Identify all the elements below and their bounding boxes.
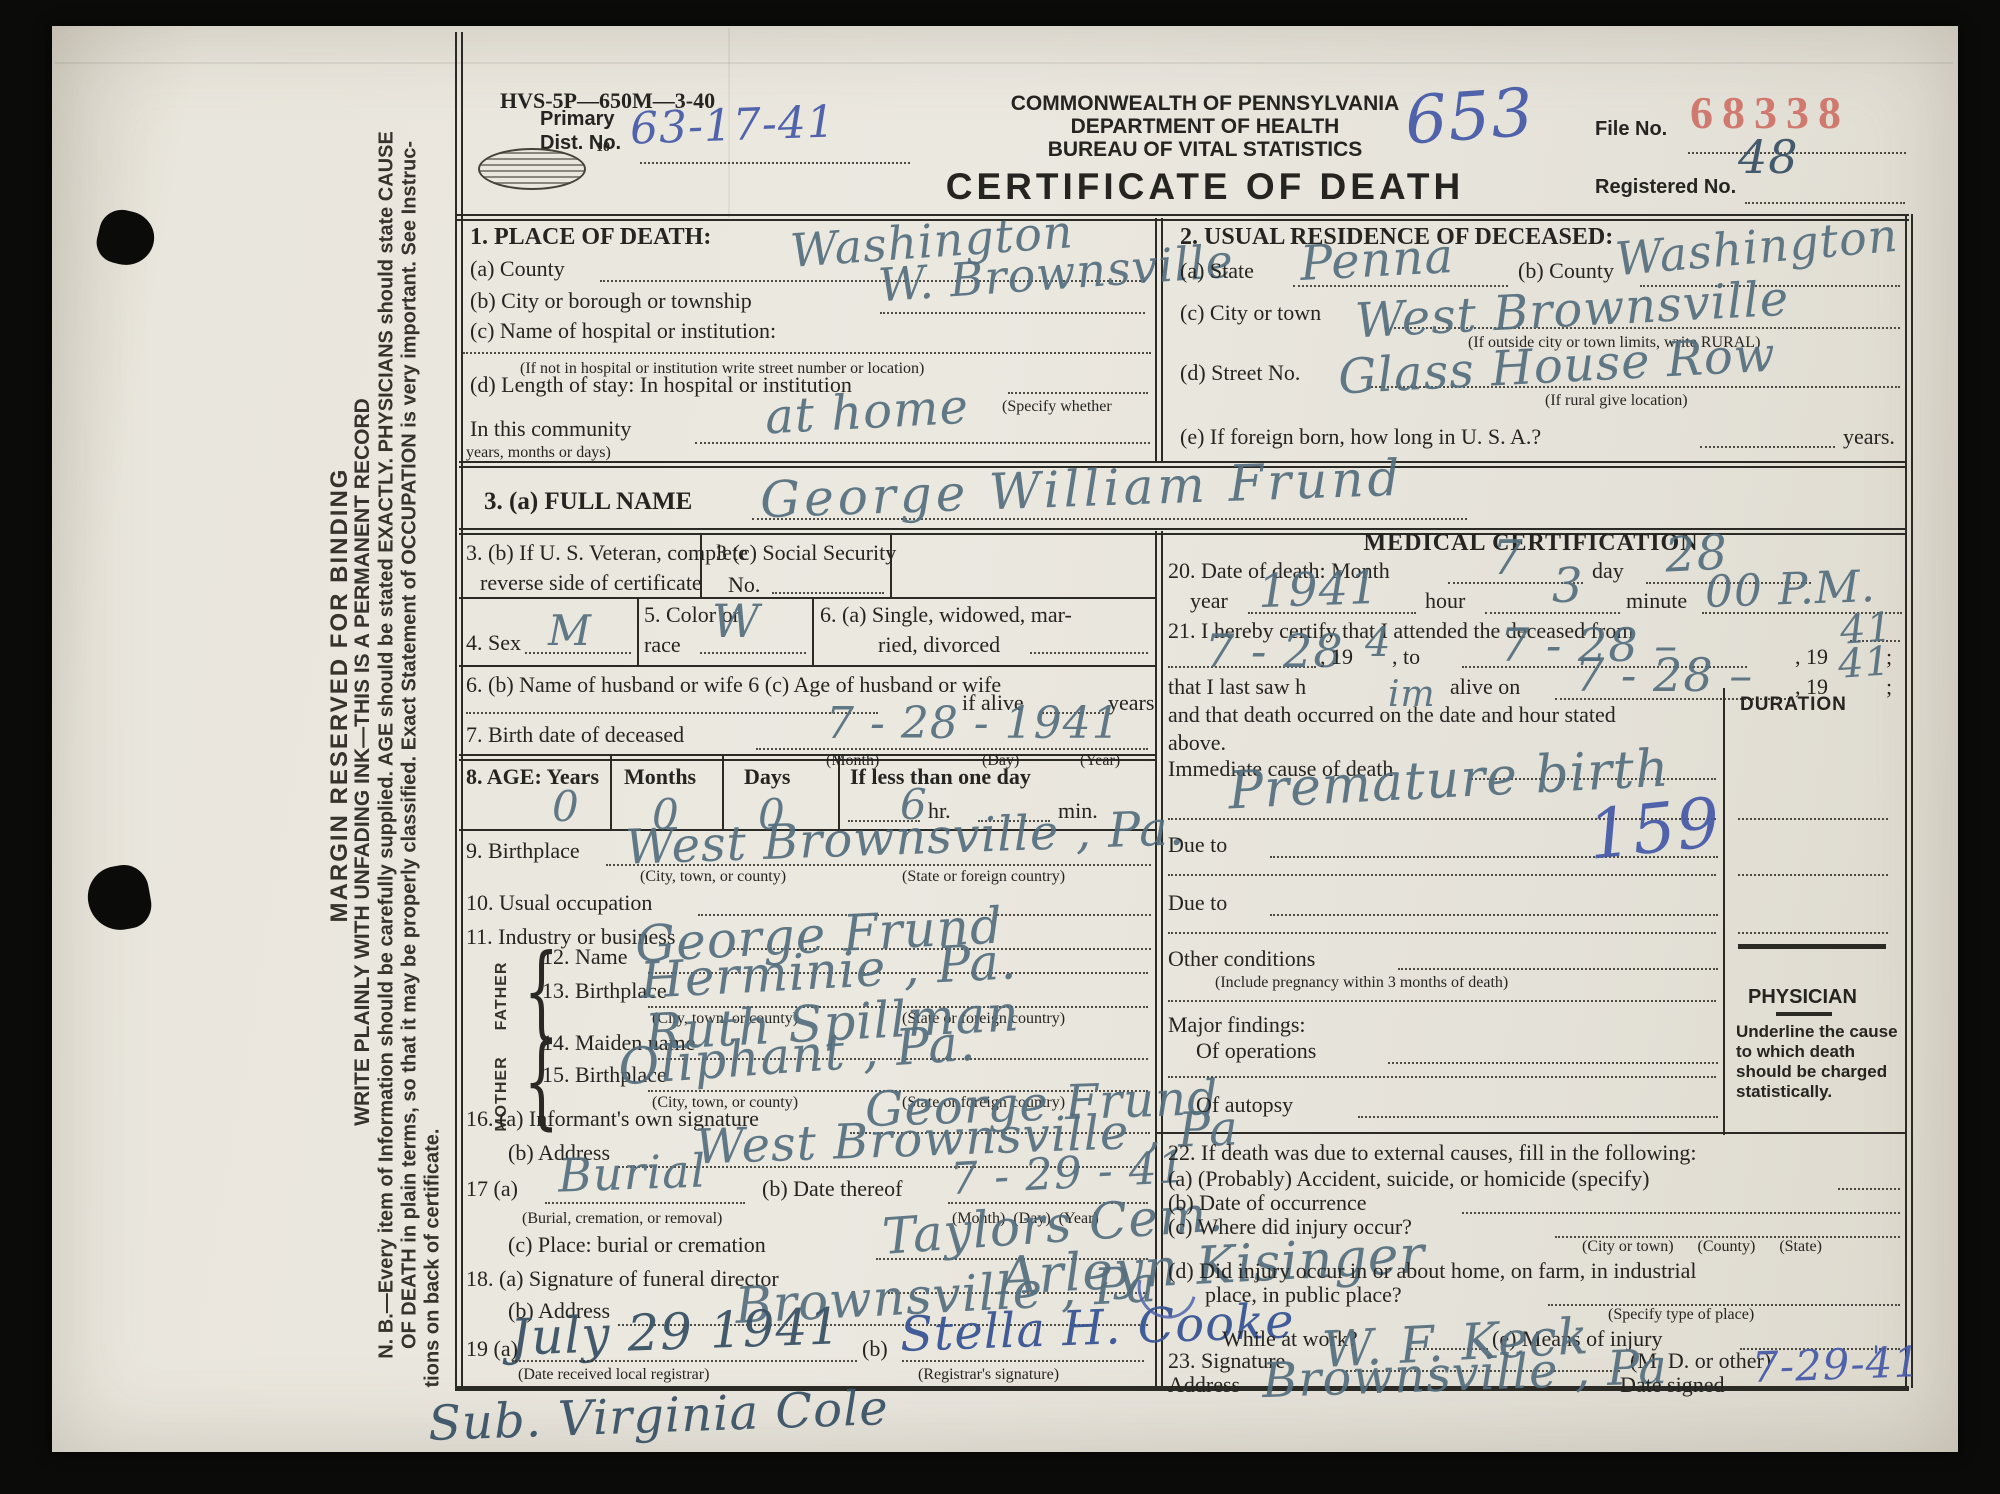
birthplace-cap-2: (State or foreign country): [902, 868, 1065, 886]
race-value: W: [712, 594, 760, 648]
foreign-born-line: [1700, 446, 1835, 448]
burial-date-label: (b) Date thereof: [762, 1176, 902, 1202]
due-to-2-label: Due to: [1168, 890, 1227, 916]
attended-from-year: 4: [1365, 620, 1391, 666]
margin-note-binding: MARGIN RESERVED FOR BINDING: [326, 468, 354, 923]
district-number-value: 63-17-41: [629, 96, 836, 154]
registered-number-label: Registered No.: [1595, 176, 1736, 199]
paper-crease: [55, 62, 1953, 64]
rule-external-top: [1157, 1132, 1905, 1134]
county-label: (a) County: [470, 256, 565, 282]
operations-line-2: [1168, 1076, 1716, 1078]
margin-note-nb: N. B.—Every item of Information should b…: [376, 131, 399, 1359]
due-to-2-line: [1270, 914, 1718, 916]
foreign-born-label: (e) If foreign born, how long in U. S. A…: [1180, 424, 1541, 450]
header-department: DEPARTMENT OF HEALTH: [955, 115, 1455, 139]
due-to-1-line-2: [1168, 874, 1716, 876]
header-bureau: BUREAU OF VITAL STATISTICS: [955, 138, 1455, 162]
age-years-value: 0: [552, 782, 580, 831]
attended-to-19: , 19: [1795, 644, 1828, 670]
veteran-label-2: reverse side of certificate: [480, 570, 702, 596]
external-c-label: (c) Where did injury occur?: [1168, 1214, 1412, 1240]
sex-value: M: [548, 606, 592, 655]
rule-veteran: [459, 597, 1157, 599]
duration-line-1: [1738, 818, 1888, 820]
birthdate-value: 7 - 28 - 1941: [826, 698, 1121, 749]
external-d-label-1: (d) Did injury occur in or about home, o…: [1168, 1258, 1697, 1284]
foreign-born-years: years.: [1843, 424, 1895, 450]
physician-address-label: Address: [1168, 1372, 1240, 1398]
margin-note-ink: WRITE PLAINLY WITH UNFADING INK—THIS IS …: [351, 398, 375, 1126]
father-name-label: 12. Name: [542, 944, 628, 970]
autopsy-line: [1358, 1116, 1718, 1118]
last-saw-label: that I last saw h: [1168, 674, 1306, 700]
city-town-label: (c) City or town: [1180, 300, 1321, 326]
specify-whether-caption: (Specify whether: [1002, 398, 1112, 416]
last-saw-value: 7 - 28 –: [1575, 648, 1753, 702]
burial-line: [545, 1202, 745, 1204]
other-conditions-label: Other conditions: [1168, 946, 1315, 972]
death-minute-label: minute: [1626, 588, 1687, 614]
funeral-director-label: 18. (a) Signature of funeral director: [466, 1266, 779, 1292]
hospital-line: [463, 352, 1151, 354]
city-borough-line: [880, 312, 1145, 314]
external-a-label: (a) (Probably) Accident, suicide, or hom…: [1168, 1166, 1649, 1192]
duration-line-2: [1738, 874, 1888, 876]
community-caption: years, months or days): [466, 444, 611, 462]
margin-note-instructions: tions on back of certificate.: [422, 1129, 445, 1388]
street-label: (d) Street No.: [1180, 360, 1300, 386]
seal-number: 10: [596, 140, 610, 156]
burial-label: 17 (a): [466, 1176, 518, 1202]
color-label-2: race: [644, 632, 681, 658]
above-label: above.: [1168, 730, 1226, 756]
autopsy-label: Of autopsy: [1196, 1092, 1293, 1118]
birthplace-label: 9. Birthplace: [466, 838, 580, 864]
code-159-value: 159: [1584, 783, 1724, 875]
physician-underline: [1776, 1012, 1832, 1016]
margin-note-cause: OF DEATH in plain terms, so that it may …: [399, 141, 422, 1349]
age-less-label: If less than one day: [850, 764, 1031, 790]
physician-note: Underline the cause to which death shoul…: [1736, 1022, 1906, 1102]
death-hour-value: 3: [1552, 558, 1584, 614]
birthdate-cap-year: (Year): [1080, 752, 1120, 770]
registered-number-value: 48: [1738, 130, 1799, 184]
sex-line: [525, 652, 631, 654]
registrar-date-value: July 29 1941: [509, 1297, 842, 1367]
vline-race: [812, 599, 814, 665]
primary-label: Primary: [540, 108, 615, 131]
file-number-label: File No.: [1595, 118, 1667, 141]
ss-line: [772, 592, 884, 594]
other-conditions-line: [1398, 968, 1718, 970]
registrar-date-caption: (Date received local registrar): [518, 1366, 709, 1384]
external-d-caption: (Specify type of place): [1608, 1306, 1754, 1324]
burial-value: Burial: [557, 1143, 707, 1202]
city-borough-label: (b) City or borough or township: [470, 288, 752, 314]
other-conditions-line-2: [1168, 1000, 1716, 1002]
burial-caption: (Burial, cremation, or removal): [522, 1210, 722, 1228]
registrar-date-line: [512, 1360, 857, 1362]
attended-to-label: , to: [1392, 644, 1420, 670]
union-printing-seal-icon: [478, 148, 586, 190]
race-line: [700, 652, 806, 654]
death-certificate-scan: MARGIN RESERVED FOR BINDING WRITE PLAINL…: [0, 0, 2000, 1494]
sex-label: 4. Sex: [466, 630, 521, 656]
registrar-sig-caption: (Registrar's signature): [918, 1366, 1059, 1384]
duration-heading: DURATION: [1740, 694, 1847, 716]
attended-from-19: , 19: [1320, 644, 1353, 670]
father-group-label: FATHER: [493, 962, 511, 1031]
spouse-label: 6. (b) Name of husband or wife 6 (c) Age…: [466, 672, 1001, 698]
vline-duration: [1723, 688, 1725, 1135]
registrar-sig-line: [902, 1360, 1144, 1362]
marital-label-1: 6. (a) Single, widowed, mar-: [820, 602, 1072, 628]
marital-label-2: ried, divorced: [878, 632, 1000, 658]
page-title: CERTIFICATE OF DEATH: [930, 166, 1480, 208]
death-hour-label: hour: [1425, 588, 1465, 614]
due-to-1-label: Due to: [1168, 832, 1227, 858]
occurred-label: and that death occurred on the date and …: [1168, 702, 1616, 728]
due-to-2-line-2: [1168, 932, 1716, 934]
border-left: [455, 32, 463, 1388]
alive-on-label: alive on: [1450, 674, 1520, 700]
state-value: Penna: [1299, 228, 1456, 292]
registrar-sig-label: (b): [862, 1336, 888, 1362]
operations-label: Of operations: [1196, 1038, 1316, 1064]
cert-number-handwritten: 653: [1402, 74, 1536, 160]
death-year-value: 1941: [1257, 560, 1380, 618]
external-heading: 22. If death was due to external causes,…: [1168, 1140, 1696, 1166]
death-day-label: day: [1592, 558, 1624, 584]
medical-heading: MEDICAL CERTIFICATION: [1157, 530, 1905, 557]
birthdate-label: 7. Birth date of deceased: [466, 722, 684, 748]
community-value: at home: [764, 379, 971, 446]
community-line: [695, 442, 1150, 444]
physician-heading: PHYSICIAN: [1748, 986, 1857, 1009]
header-commonwealth: COMMONWEALTH OF PENNSYLVANIA: [955, 92, 1455, 116]
external-a-line: [1838, 1188, 1900, 1190]
registered-number-line: [1745, 202, 1905, 204]
birthplace-cap-1: (City, town, or county): [640, 868, 786, 886]
length-of-stay-line: [1008, 392, 1148, 394]
external-d-label-2: place, in public place?: [1205, 1282, 1402, 1308]
death-year-label: year: [1190, 588, 1228, 614]
last-saw-year: 41: [1836, 638, 1892, 688]
place-of-death-heading: 1. PLACE OF DEATH:: [470, 224, 711, 251]
vline-sex: [637, 599, 639, 665]
veteran-label-1: 3. (b) If U. S. Veteran, complete: [466, 540, 748, 566]
border-right: [1905, 214, 1913, 1388]
other-conditions-caption: (Include pregnancy within 3 months of de…: [1215, 974, 1508, 992]
rural-location-caption: (If rural give location): [1545, 392, 1688, 410]
death-month-value: 7: [1492, 530, 1524, 586]
date-signed-value: 7-29-41: [1751, 1337, 1922, 1392]
external-b-line: [1462, 1212, 1900, 1214]
burial-place-label: (c) Place: burial or cremation: [508, 1232, 766, 1258]
rule-top: [455, 214, 1909, 221]
date-signed-label: Date signed: [1620, 1372, 1724, 1398]
marital-line: [1030, 652, 1148, 654]
community-label: In this community: [470, 416, 631, 442]
duration-line-3: [1738, 932, 1888, 934]
occupation-label: 10. Usual occupation: [466, 890, 652, 916]
operations-line: [1388, 1062, 1718, 1064]
external-c-caption: (City or town) (County) (State): [1582, 1238, 1822, 1256]
state-label: (a) State: [1180, 258, 1254, 284]
age-days-label: Days: [744, 764, 790, 790]
vline-age1: [610, 756, 612, 829]
age-months-label: Months: [624, 764, 696, 790]
hospital-label: (c) Name of hospital or institution:: [470, 318, 776, 344]
ss-label-1: 3 (c) Social Security: [716, 540, 896, 566]
spouse-line: [466, 712, 878, 714]
rule-sex: [459, 665, 1157, 667]
major-findings-label: Major findings:: [1168, 1012, 1306, 1038]
duration-thick-line: [1738, 944, 1886, 949]
external-b-label: (b) Date of occurrence: [1168, 1190, 1366, 1216]
last-saw-semicolon: ;: [1886, 674, 1892, 700]
rule-age-top: [459, 754, 1157, 761]
full-name-label: 3. (a) FULL NAME: [484, 488, 692, 516]
district-number-line: [640, 162, 910, 164]
